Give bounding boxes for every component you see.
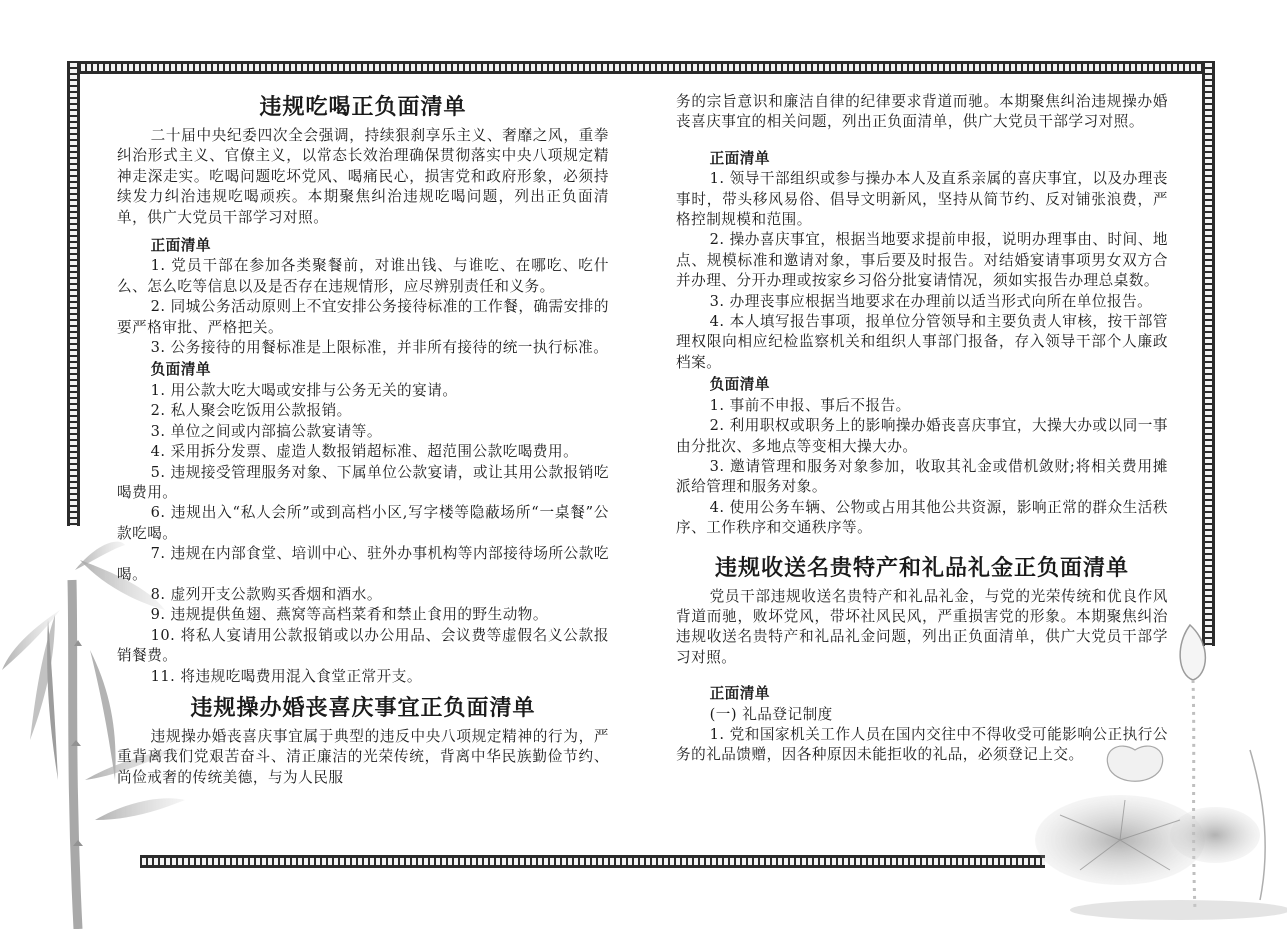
list-item: 4. 采用拆分发票、虚造人数报销超标准、超范围公款吃喝费用。 <box>117 442 609 462</box>
list-item: 1. 用公款大吃大喝或安排与公务无关的宴请。 <box>117 381 609 401</box>
section-intro-continued: 务的宗旨意识和廉洁自律的纪律要求背道而驰。本期聚焦纠治违规操办婚丧喜庆事宜的相关… <box>676 92 1168 133</box>
positive-list-heading: 正面清单 <box>117 236 609 256</box>
list-item: 11. 将违规吃喝费用混入食堂正常开支。 <box>117 667 609 687</box>
positive-list-heading: 正面清单 <box>676 149 1168 169</box>
negative-list-heading: 负面清单 <box>676 375 1168 395</box>
list-item: 3. 单位之间或内部搞公款宴请等。 <box>117 422 609 442</box>
list-item: 2. 同城公务活动原则上不宜安排公务接待标准的工作餐，确需安排的要严格审批、严格… <box>117 297 609 338</box>
list-item: 2. 操办喜庆事宜，根据当地要求提前申报，说明办理事由、时间、地点、规模标准和邀… <box>676 230 1168 291</box>
section-intro: 违规操办婚丧喜庆事宜属于典型的违反中央八项规定精神的行为，严重背离我们党艰苦奋斗… <box>117 727 609 788</box>
list-item: 1. 领导干部组织或参与操办本人及直系亲属的喜庆事宜，以及办理丧事时，带头移风易… <box>676 169 1168 230</box>
right-column: 务的宗旨意识和廉洁自律的纪律要求背道而驰。本期聚焦纠治违规操办婚丧喜庆事宜的相关… <box>676 92 1168 766</box>
list-item: 4. 使用公务车辆、公物或占用其他公共资源，影响正常的群众生活秩序、工作秩序和交… <box>676 498 1168 539</box>
list-item: 1. 事前不申报、事后不报告。 <box>676 396 1168 416</box>
subsection-heading: (一) 礼品登记制度 <box>676 705 1168 725</box>
list-item: 2. 利用职权或职务上的影响操办婚丧喜庆事宜，大操大办或以同一事由分批次、多地点… <box>676 416 1168 457</box>
section-intro: 二十届中央纪委四次全会强调，持续狠刹享乐主义、奢靡之风，重拳纠治形式主义、官僚主… <box>117 126 609 228</box>
list-item: 4. 本人填写报告事项，报单位分管领导和主要负责人审核，按干部管理权限向相应纪检… <box>676 312 1168 373</box>
list-item: 9. 违规提供鱼翅、燕窝等高档菜肴和禁止食用的野生动物。 <box>117 605 609 625</box>
section-intro: 党员干部违规收送名贵特产和礼品礼金，与党的光荣传统和优良作风背道而驰，败坏党风，… <box>676 587 1168 669</box>
left-border <box>67 61 80 526</box>
list-item: 1. 党员干部在参加各类聚餐前，对谁出钱、与谁吃、在哪吃、吃什么、怎么吃等信息以… <box>117 256 609 297</box>
list-item: 8. 虚列开支公款购买香烟和酒水。 <box>117 585 609 605</box>
list-item: 3. 办理丧事应根据当地要求在办理前以适当形式向所在单位报告。 <box>676 292 1168 312</box>
list-item: 3. 邀请管理和服务对象参加，收取其礼金或借机敛财;将相关费用摊派给管理和服务对… <box>676 457 1168 498</box>
section-title-gifts: 违规收送名贵特产和礼品礼金正负面清单 <box>676 553 1168 583</box>
section-title-weddings-funerals: 违规操办婚丧喜庆事宜正负面清单 <box>117 693 609 723</box>
top-border <box>67 61 1213 74</box>
left-column: 违规吃喝正负面清单 二十届中央纪委四次全会强调，持续狠刹享乐主义、奢靡之风，重拳… <box>117 92 609 788</box>
list-item: 6. 违规出入“私人会所”或到高档小区,写字楼等隐蔽场所“一桌餐”公款吃喝。 <box>117 503 609 544</box>
list-item: 10. 将私人宴请用公款报销或以办公用品、会议费等虚假名义公款报销餐费。 <box>117 626 609 667</box>
list-item: 7. 违规在内部食堂、培训中心、驻外办事机构等内部接待场所公款吃喝。 <box>117 544 609 585</box>
positive-list-heading: 正面清单 <box>676 684 1168 704</box>
list-item: 5. 违规接受管理服务对象、下属单位公款宴请，或让其用公款报销吃喝费用。 <box>117 463 609 504</box>
bottom-border <box>140 855 1045 868</box>
right-border <box>1202 61 1215 646</box>
list-item: 2. 私人聚会吃饭用公款报销。 <box>117 401 609 421</box>
list-item: 1. 党和国家机关工作人员在国内交往中不得收受可能影响公正执行公务的礼品馈赠，因… <box>676 725 1168 766</box>
section-title-dining: 违规吃喝正负面清单 <box>117 92 609 122</box>
list-item: 3. 公务接待的用餐标准是上限标准，并非所有接待的统一执行标准。 <box>117 338 609 358</box>
negative-list-heading: 负面清单 <box>117 360 609 380</box>
